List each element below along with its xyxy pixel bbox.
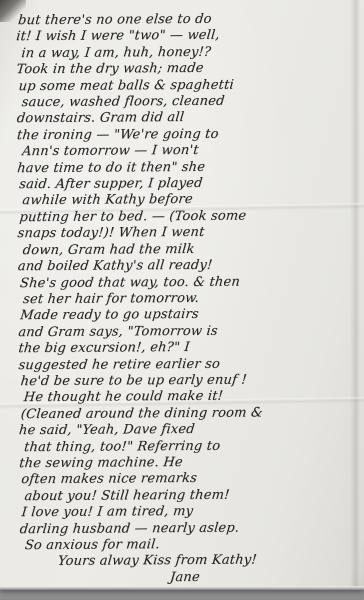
- scan-background: but there's no one else to do it! I wish…: [0, 0, 364, 600]
- handwriting-line: Made ready to go upstairs: [17, 306, 353, 325]
- handwriting-line: he said, "Yeah, Dave fixed: [18, 421, 354, 440]
- handwriting-line: often makes nice remarks: [18, 470, 354, 489]
- handwriting-line: I love you! I am tired, my: [19, 503, 355, 522]
- handwriting-line: it! I wish I were "two" — well,: [15, 27, 351, 46]
- letter-page: but there's no one else to do it! I wish…: [0, 0, 364, 589]
- handwritten-letter-body: but there's no one else to do it! I wish…: [16, 11, 354, 588]
- handwriting-line: Ann's tomorrow — I won't: [16, 142, 352, 161]
- handwriting-line: Took in the dry wash; made: [16, 60, 352, 79]
- handwriting-line: snaps today!)! When I went: [17, 224, 353, 243]
- signature-line: Jane: [19, 569, 355, 588]
- handwriting-line: and boiled Kathy's all ready!: [17, 257, 353, 276]
- handwriting-line: the big excursion!, eh?" I: [18, 339, 354, 358]
- closing-line: Yours alway Kiss from Kathy!: [19, 552, 355, 571]
- handwriting-line: He thought he could make it!: [18, 388, 354, 407]
